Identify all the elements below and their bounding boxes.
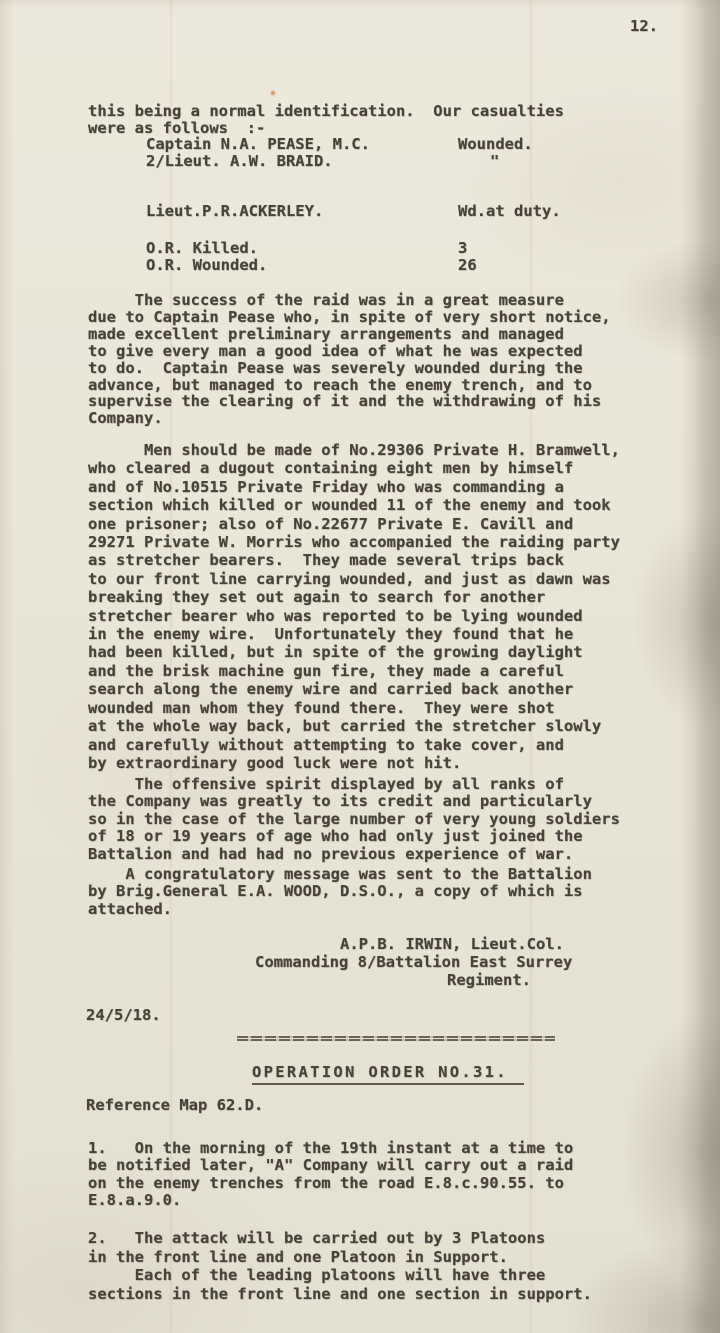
operation-order-title: OPERATION ORDER NO.31. [252, 1064, 524, 1085]
casualty-row: Lieut.P.R.ACKERLEY. Wd.at duty. [0, 203, 720, 220]
signature-name: A.P.B. IRWIN, Lieut.Col. [340, 936, 564, 953]
order-item-2: 2. The attack will be carried out by 3 P… [88, 1229, 592, 1303]
casualty-name: O.R. Wounded. [146, 257, 267, 274]
paragraph-mention: Men should be made of No.29306 Private H… [88, 441, 620, 772]
casualty-status: Wounded. [458, 136, 533, 153]
page-number: 12. [630, 18, 658, 35]
signature-role: Commanding 8/Battalion East Surrey [255, 954, 572, 971]
scanned-document-page: 12. this being a normal identification. … [0, 0, 720, 1333]
casualty-row: 2/Lieut. A.W. BRAID. " [0, 153, 720, 170]
casualty-count: 3 [458, 240, 467, 257]
order-item-1: 1. On the morning of the 19th instant at… [88, 1140, 573, 1210]
casualty-row: Captain N.A. PEASE, M.C. Wounded. [0, 136, 720, 153]
casualty-row: O.R. Killed. 3 [0, 240, 720, 257]
casualty-count: 26 [458, 257, 477, 274]
casualty-name: Lieut.P.R.ACKERLEY. [146, 203, 323, 220]
paragraph-raid-success: The success of the raid was in a great m… [88, 292, 611, 427]
paragraph-congratulatory: A congratulatory message was sent to the… [88, 866, 592, 918]
casualty-row: O.R. Wounded. 26 [0, 257, 720, 274]
typed-divider [237, 1036, 555, 1042]
casualty-name: Captain N.A. PEASE, M.C. [146, 136, 370, 153]
casualty-status: Wd.at duty. [458, 203, 561, 220]
map-reference: Reference Map 62.D. [86, 1097, 263, 1114]
signature-regiment: Regiment. [447, 972, 531, 989]
document-date: 24/5/18. [86, 1007, 161, 1024]
casualty-status-ditto: " [490, 153, 499, 170]
casualty-name: O.R. Killed. [146, 240, 258, 257]
casualties-intro: this being a normal identification. Our … [88, 103, 564, 137]
paragraph-offensive-spirit: The offensive spirit displayed by all ra… [88, 776, 620, 863]
casualty-name: 2/Lieut. A.W. BRAID. [146, 153, 333, 170]
